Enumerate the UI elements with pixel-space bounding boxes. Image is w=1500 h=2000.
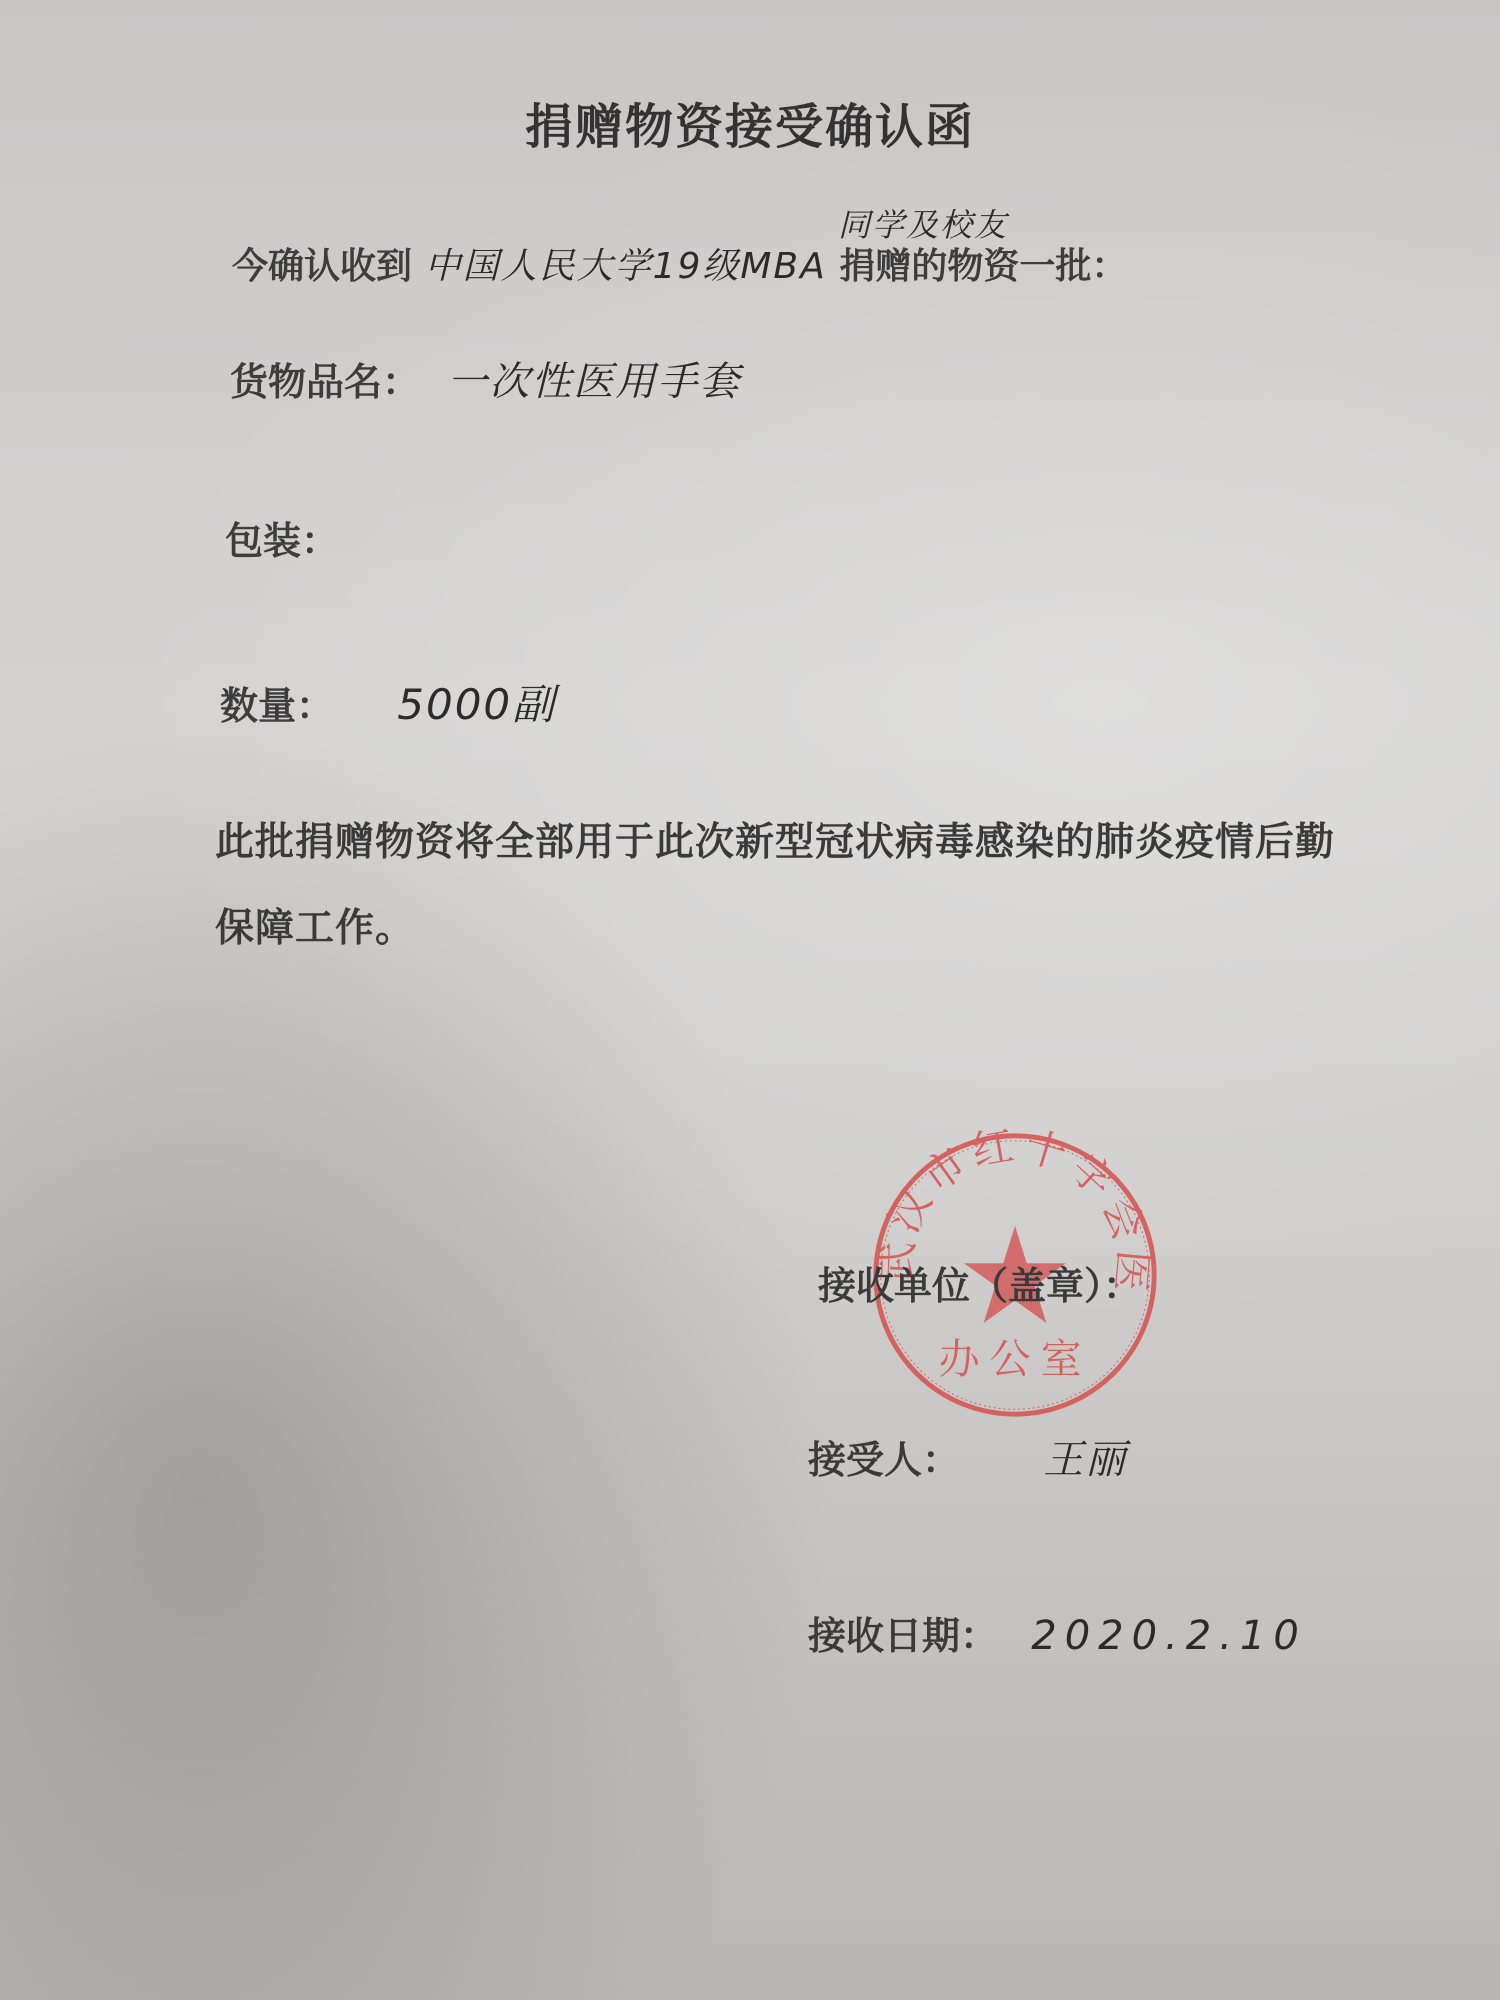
document-page: 捐赠物资接受确认函 今确认收到 中国人民大学19级MBA 捐赠的物资一批： 同学… [0,0,1500,2000]
item-name-value: 一次性医用手套 [447,359,741,405]
receiver-field: 接受人： 王丽 [808,1428,1127,1485]
quantity-field: 数量： 5000副 [220,672,556,732]
receiving-unit-field: 接收单位（盖章）： [818,1255,1141,1310]
donor-name-handwritten: 中国人民大学19级MBA [425,246,827,287]
stamp-inner-text: 办公室 [939,1335,1092,1383]
packaging-field: 包装： [225,510,339,565]
receiver-label: 接受人： [808,1438,960,1482]
item-name-label: 货物品名： [230,360,420,404]
body-paragraph: 此批捐赠物资将全部用于此次新型冠状病毒感染的肺炎疫情后勤保障工作。 [215,800,1355,972]
intro-suffix: 捐赠的物资一批： [839,246,1127,287]
date-field: 接收日期： 2020.2.10 [808,1605,1307,1660]
receiving-unit-label: 接收单位（盖章）： [818,1264,1141,1308]
item-name-field: 货物品名： 一次性医用手套 [230,350,741,407]
intro-prefix: 今确认收到 [232,246,412,287]
quantity-value: 5000副 [397,680,556,729]
document-title: 捐赠物资接受确认函 [525,88,975,157]
quantity-label: 数量： [220,684,334,728]
packaging-label: 包装： [225,519,339,563]
donor-insert-handwritten: 同学及校友 [838,200,1008,246]
date-value: 2020.2.10 [1031,1613,1307,1659]
date-label: 接收日期： [808,1614,998,1658]
receiver-signature: 王丽 [1043,1437,1127,1483]
